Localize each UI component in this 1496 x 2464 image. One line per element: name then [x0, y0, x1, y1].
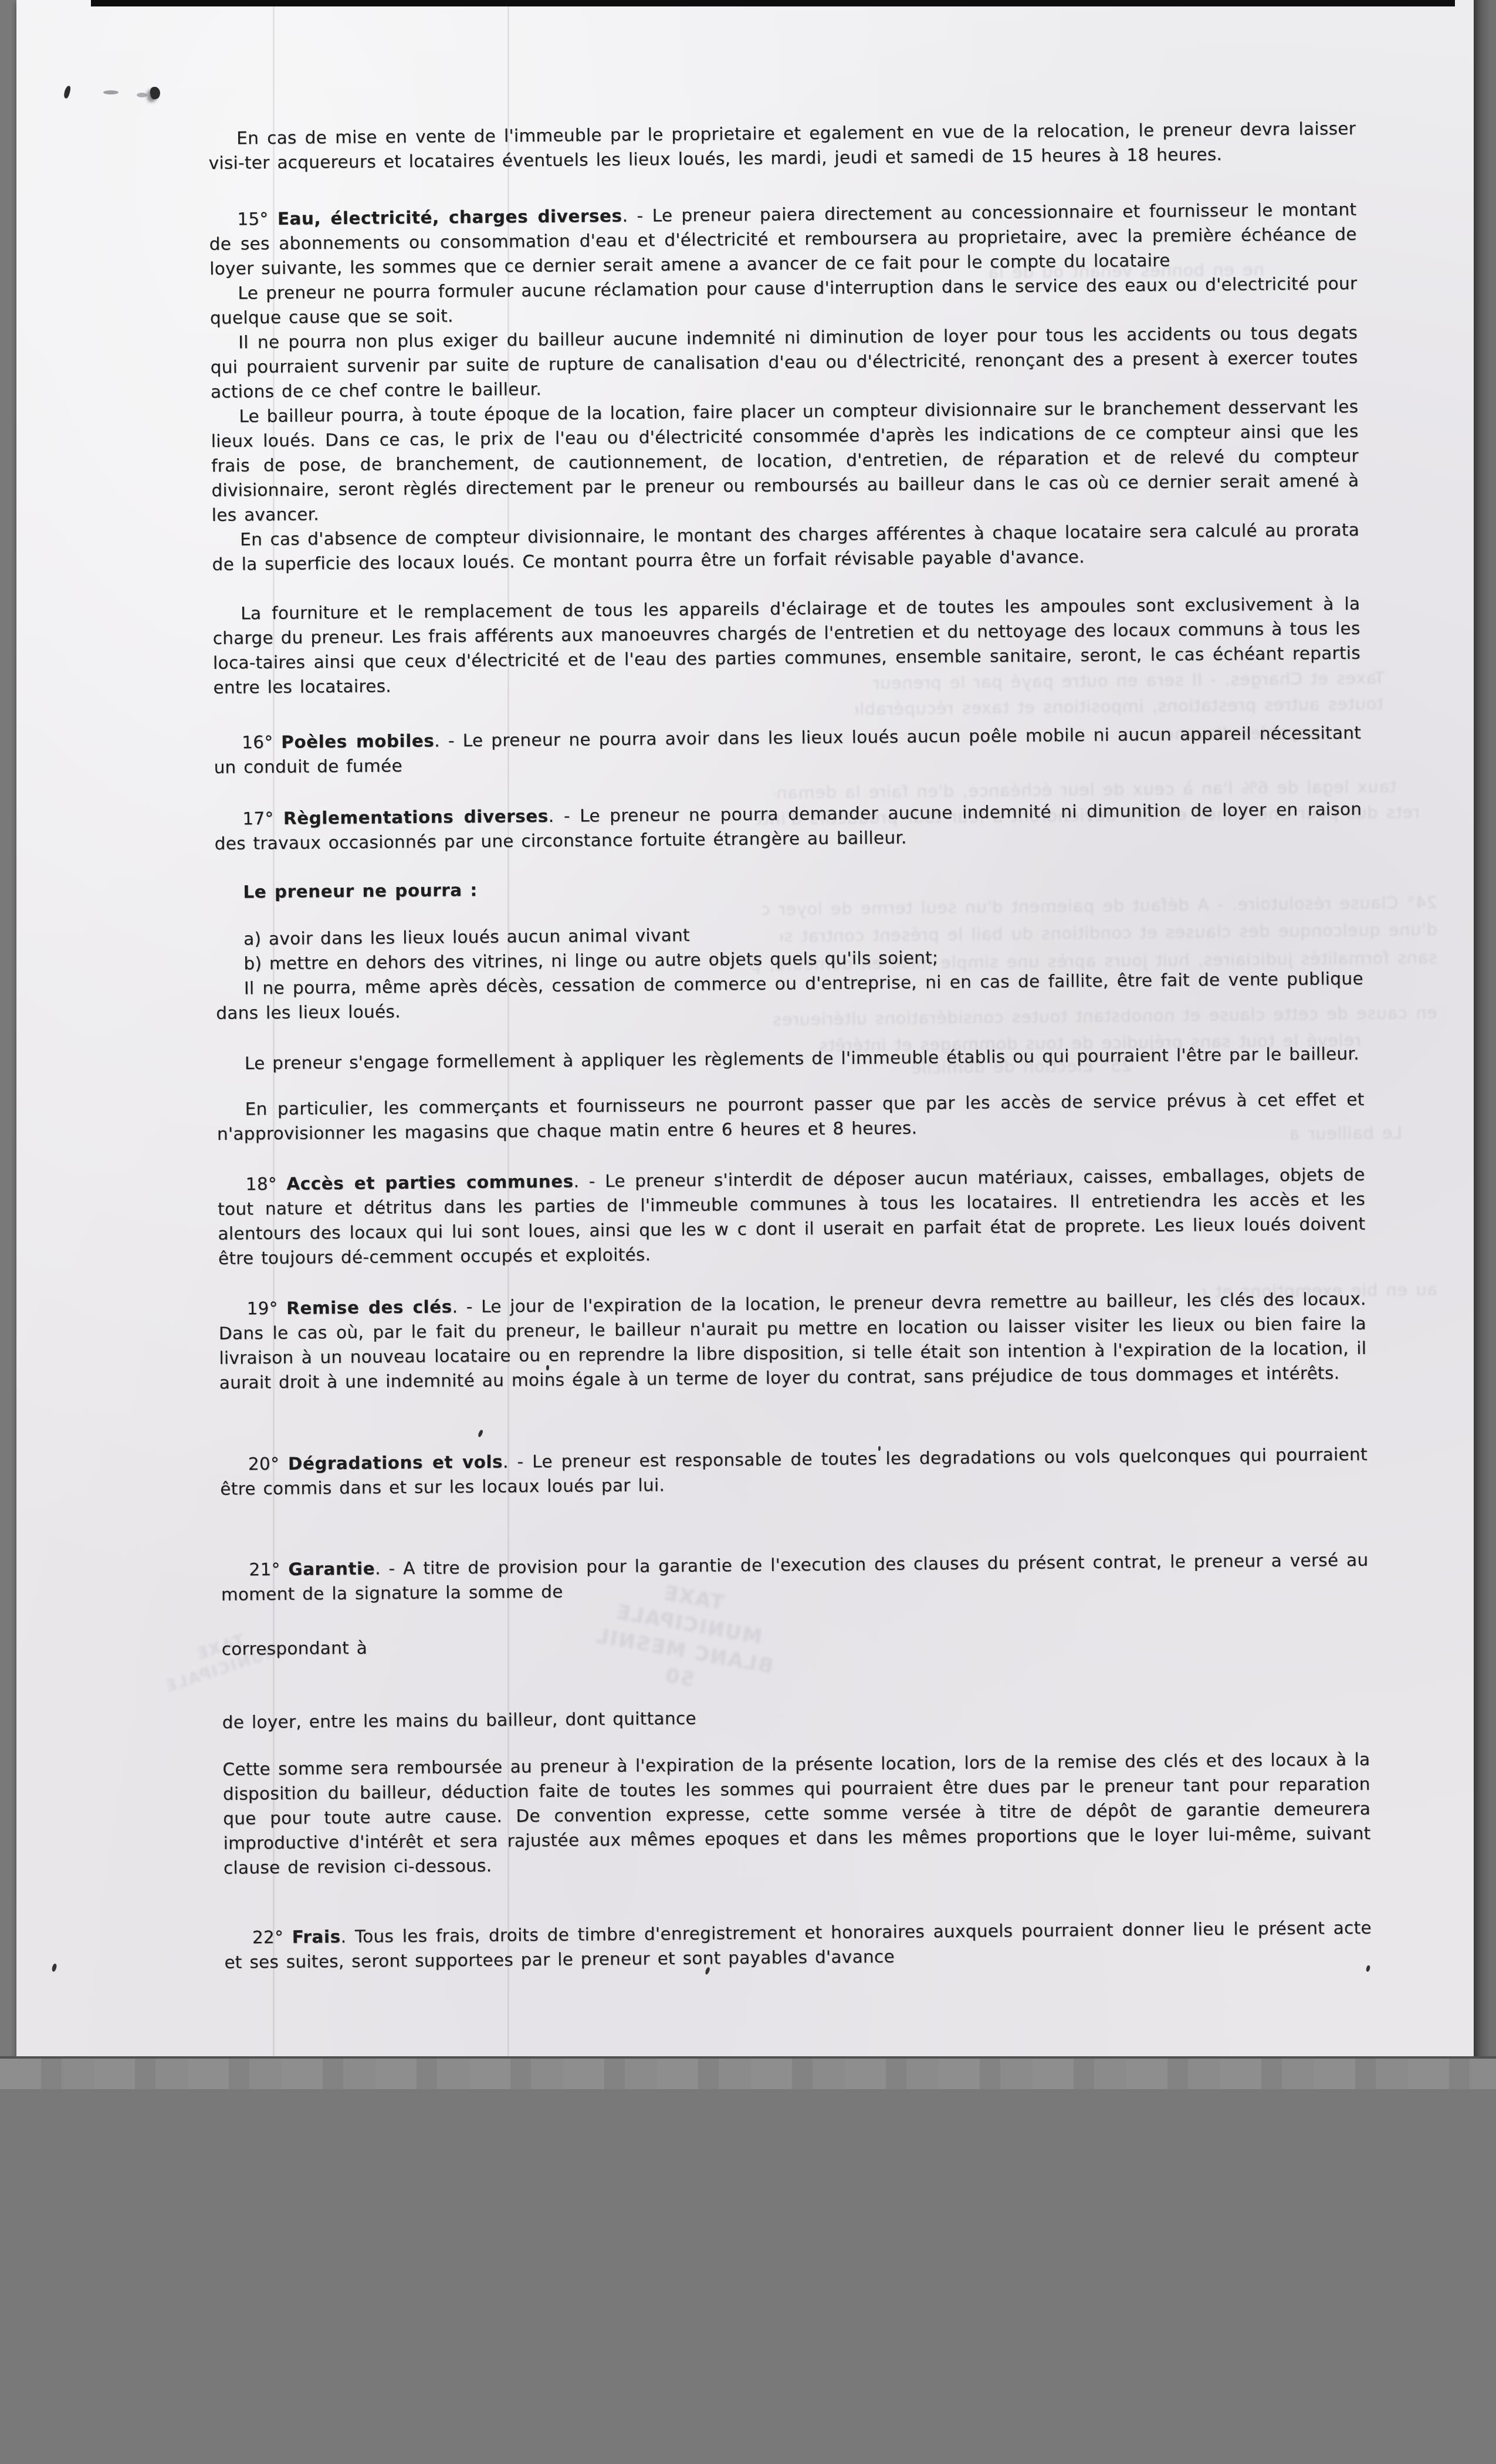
clause-17-paragraph: En particulier, les commerçants et fourn…	[216, 1087, 1365, 1146]
clause-21-garantie: 21° Garantie. - A titre de provision pou…	[221, 1548, 1369, 1607]
clause-title: Accès et parties communes	[286, 1172, 574, 1194]
clause-number: 17°	[242, 808, 283, 829]
clause-body: En cas d'absence de compteur divisionnai…	[212, 520, 1359, 574]
scan-speck	[52, 1963, 57, 1972]
clause-number: 18°	[246, 1174, 287, 1194]
staple-mark	[137, 93, 147, 97]
clause-number: 19°	[246, 1298, 286, 1319]
clause-15-paragraph: Le bailleur pourra, à toute époque de la…	[211, 394, 1359, 527]
clause-22-frais: 22° Frais. Tous les frais, droits de tim…	[224, 1915, 1372, 1975]
clause-body: . Tous les frais, droits de timbre d'enr…	[224, 1918, 1372, 1972]
clause-15-paragraph: En cas d'absence de compteur divisionnai…	[212, 517, 1360, 577]
clause-body: a) avoir dans les lieux loués aucun anim…	[243, 925, 690, 949]
clause-title: Garantie	[288, 1559, 375, 1579]
clause-body: correspondant à	[222, 1638, 368, 1659]
clause-15-eau-electricite: 15° Eau, électricité, charges diverses. …	[209, 197, 1357, 281]
clause-number: 22°	[252, 1927, 292, 1948]
clause-16-poeles-mobiles: 16° Poèles mobiles. - Le preneur ne pour…	[214, 720, 1362, 780]
clause-17-reglementations: 17° Règlementations diverses. - Le prene…	[214, 797, 1362, 856]
scan-speck	[1366, 1965, 1370, 1972]
clause-body: Cette somme sera remboursée au preneur à…	[222, 1749, 1370, 1878]
clause-18-acces-parties-communes: 18° Accès et parties communes. - Le pren…	[218, 1162, 1366, 1271]
clause-15-paragraph: Il ne pourra non plus exiger du bailleur…	[210, 320, 1358, 404]
clause-body: En cas de mise en vente de l'immeuble pa…	[208, 119, 1356, 173]
clause-body: Le preneur s'engage formellement à appli…	[245, 1044, 1359, 1074]
clause-number: 16°	[242, 732, 281, 753]
clause-21-paragraph: Cette somme sera remboursée au preneur à…	[222, 1747, 1371, 1880]
scan-edge-bar	[91, 0, 1455, 6]
clause-body: Le preneur ne pourra formuler aucune réc…	[210, 273, 1358, 328]
clause-17-subheading: Le preneur ne pourra :	[215, 870, 1362, 905]
clause-21-fill-line: correspondant à	[221, 1627, 1369, 1661]
clause-body: Il ne pourra, même après décès, cessatio…	[216, 969, 1363, 1023]
clause-title: Remise des clés	[286, 1297, 452, 1318]
clause-20-degradations-vols: 20° Dégradations et vols. - Le preneur e…	[220, 1442, 1368, 1501]
page-right-shadow	[1474, 0, 1496, 2056]
clause-body: b) mettre en dehors des vitrines, ni lin…	[243, 947, 938, 973]
clause-title: Poèles mobiles	[281, 731, 434, 752]
intro-paragraph: En cas de mise en vente de l'immeuble pa…	[208, 116, 1356, 175]
clause-title: Eau, électricité, charges diverses	[277, 206, 622, 229]
clause-body: La fourniture et le remplacement de tous…	[212, 594, 1360, 698]
punch-hole-mark	[150, 86, 161, 100]
clause-title: Frais	[292, 1927, 341, 1947]
scanned-page: ne en bonnes venant ou de la Taxes et Ch…	[16, 0, 1474, 2056]
staple-mark	[63, 85, 71, 99]
clause-title: Dégradations et vols	[288, 1452, 503, 1474]
document-text: En cas de mise en vente de l'immeuble pa…	[208, 116, 1372, 1975]
clause-body: En particulier, les commerçants et fourn…	[217, 1089, 1365, 1144]
clause-body: Le bailleur pourra, à toute époque de la…	[211, 397, 1359, 525]
clause-body: de loyer, entre les mains du bailleur, d…	[222, 1708, 696, 1732]
staple-mark	[103, 90, 119, 94]
clause-15-paragraph: La fourniture et le remplacement de tous…	[212, 591, 1360, 700]
clause-number: 20°	[248, 1454, 288, 1474]
scanner-background: { "doc": { "colors": { "page_background"…	[0, 0, 1496, 2464]
clause-title: Règlementations diverses	[283, 806, 549, 828]
clause-19-remise-des-cles: 19° Remise des clés. - Le jour de l'expi…	[218, 1287, 1366, 1395]
clause-body: Il ne pourra non plus exiger du bailleur…	[210, 323, 1358, 402]
clause-number: 15°	[237, 209, 277, 229]
clause-number: 21°	[249, 1559, 288, 1580]
clause-17-paragraph: Le preneur s'engage formellement à appli…	[216, 1041, 1364, 1076]
clause-21-fill-line: de loyer, entre les mains du bailleur, d…	[222, 1700, 1370, 1735]
clause-body: . - A titre de provision pour la garanti…	[221, 1550, 1369, 1605]
clause-17-paragraph: Il ne pourra, même après décès, cessatio…	[216, 966, 1364, 1025]
scanner-bed-streaks	[0, 2056, 1496, 2089]
clause-title: Le preneur ne pourra :	[243, 880, 478, 902]
